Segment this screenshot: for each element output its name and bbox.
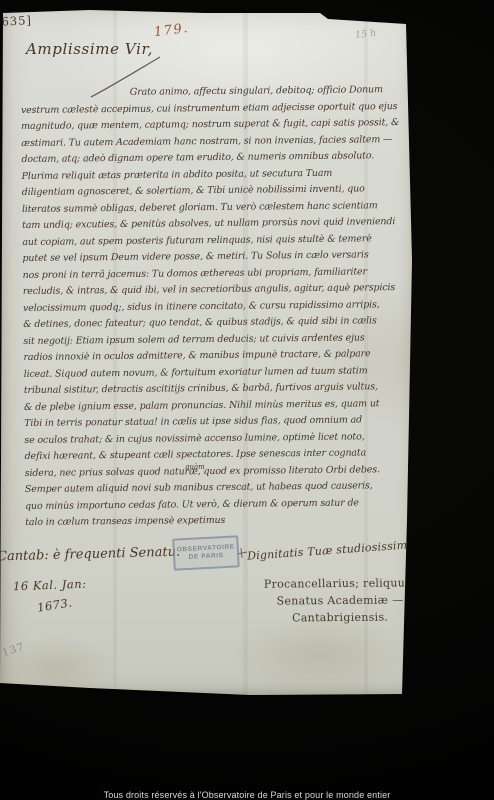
letter-body: Grato animo, affectu singulari, debitoq;… — [21, 82, 412, 532]
interlinear-insertion: quàm — [185, 463, 205, 471]
stamp-line-2: DE PARIS — [189, 552, 224, 562]
date-line-1: 16 Kal. Jan: — [13, 577, 87, 594]
signature-line: Cantabrigiensis. — [264, 609, 416, 627]
manuscript-page: [635] 179. 15 h 137 Amplissime Vir, Grat… — [0, 0, 424, 702]
shelf-note: 15 h — [354, 28, 376, 41]
footer-rights-bar: Tous droits réservés à l'Observatoire de… — [0, 783, 494, 800]
date-line-2: 1673. — [36, 595, 73, 614]
archive-photo-background: [635] 179. 15 h 137 Amplissime Vir, Grat… — [0, 0, 494, 800]
pencil-folio-number: 137 — [1, 641, 27, 660]
observatoire-stamp: OBSERVATOIRE DE PARIS — [172, 535, 240, 570]
rights-notice: Tous droits réservés à l'Observatoire de… — [104, 790, 391, 800]
closing-place-line: Cantab: è frequenti Senatu. — [0, 545, 180, 565]
signature-line: Procancellarius; reliquusq; — [264, 575, 416, 593]
signature-line: Senatus Academiæ — — [264, 592, 416, 610]
page-number: 179. — [153, 21, 190, 40]
signature-block: Procancellarius; reliquusq;Senatus Acade… — [264, 575, 416, 627]
valediction: Dignitatis Tuæ studiosissimi — [247, 538, 412, 562]
manuscript-line: talo in cælum transeas impensè expetimus — [25, 511, 411, 532]
folio-reference-mark: [635] — [0, 13, 32, 29]
